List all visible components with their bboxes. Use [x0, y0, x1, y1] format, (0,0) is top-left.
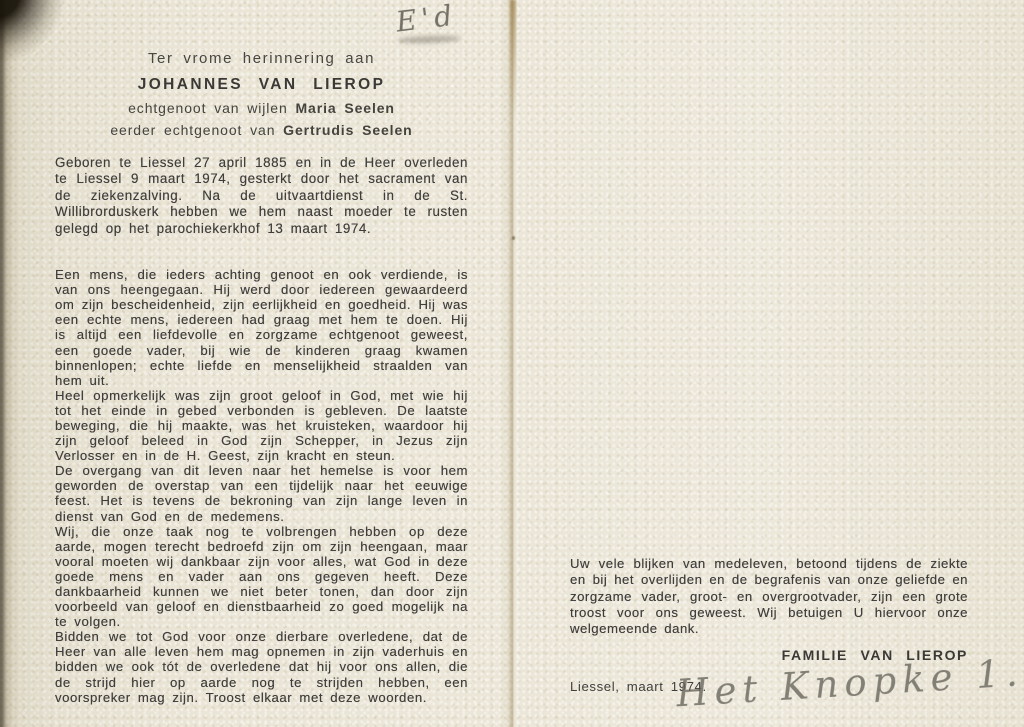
memorial-text: Een mens, die ieders achting genoot en o… — [55, 267, 468, 705]
former-spouse-line: eerder echtgenoot van Gertrudis Seelen — [55, 122, 468, 138]
intro-line: Ter vrome herinnering aan — [55, 50, 468, 67]
memorial-paragraph: Bidden we tot God voor onze dierbare ove… — [55, 629, 468, 704]
card-header: Ter vrome herinnering aan JOHANNES VAN L… — [55, 50, 468, 138]
birth-death-paragraph: Geboren te Liessel 27 april 1885 en in d… — [55, 155, 468, 237]
memorial-card-scan: Ter vrome herinnering aan JOHANNES VAN L… — [0, 0, 1024, 727]
spouse-name: Maria Seelen — [295, 100, 394, 116]
former-spouse-name: Gertrudis Seelen — [283, 122, 412, 138]
memorial-paragraph: Heel opmerkelijk was zijn groot geloof i… — [55, 388, 468, 463]
left-page: Ter vrome herinnering aan JOHANNES VAN L… — [55, 50, 468, 705]
pencil-mark: E'd — [394, 0, 459, 39]
deceased-name: JOHANNES VAN LIEROP — [55, 76, 468, 94]
former-spouse-prefix: eerder echtgenoot van — [110, 122, 283, 138]
memorial-paragraph: Een mens, die ieders achting genoot en o… — [55, 267, 468, 388]
memorial-paragraph: De overgang van dit leven naar het hemel… — [55, 463, 468, 523]
memorial-paragraph: Wij, die onze taak nog te volbrengen heb… — [55, 524, 468, 630]
left-paper-edge — [0, 0, 24, 727]
acknowledgement-paragraph: Uw vele blijken van medeleven, betoond t… — [570, 556, 968, 637]
spouse-prefix: echtgenoot van wijlen — [128, 100, 295, 116]
spouse-line: echtgenoot van wijlen Maria Seelen — [55, 100, 468, 116]
center-fold — [502, 0, 522, 727]
